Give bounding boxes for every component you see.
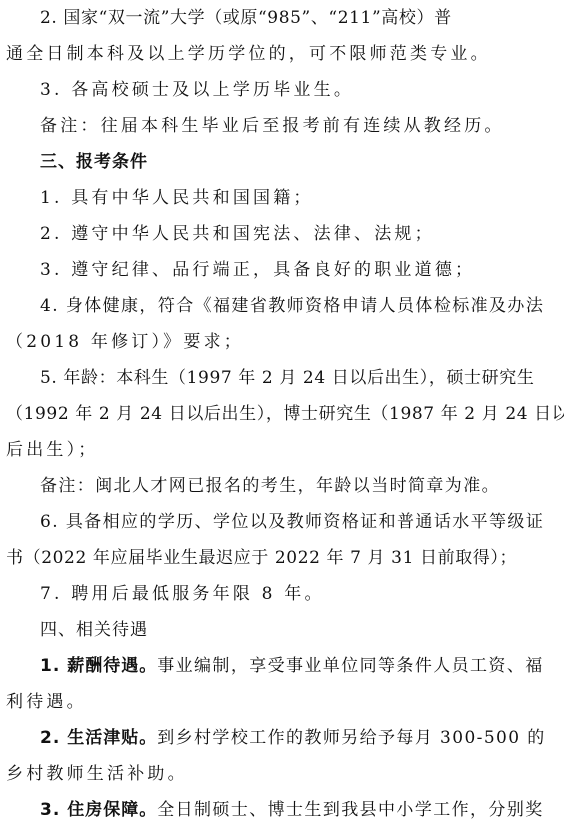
paragraph-line: 4. 身体健康，符合《福建省教师资格申请人员体检标准及办法 [0, 295, 564, 317]
bold-lead-allowance: 2. 生活津贴。 [40, 728, 157, 748]
paragraph-line: 通全日制本科及以上学历学位的，可不限师范类专业。 [0, 43, 564, 65]
paragraph-line: 利待遇。 [0, 691, 564, 713]
paragraph-line: 3. 遵守纪律、品行端正，具备良好的职业道德； [0, 259, 564, 281]
paragraph-line: 5. 年龄：本科生（1997 年 2 月 24 日以后出生），硕士研究生 [0, 367, 564, 389]
bold-lead-housing: 3. 住房保障。 [40, 800, 157, 820]
paragraph-line: 6. 具备相应的学历、学位以及教师资格证和普通话水平等级证 [0, 511, 564, 533]
paragraph-line: 3. 各高校硕士及以上学历毕业生。 [0, 79, 564, 101]
paragraph-line: 1. 具有中华人民共和国国籍； [0, 187, 564, 209]
paragraph-line: （2018 年修订）》要求； [0, 331, 564, 353]
paragraph-line: 备注：往届本科生毕业后至报考前有连续从教经历。 [0, 115, 564, 137]
paragraph-line: 后出生）； [0, 439, 564, 461]
paragraph-line: （1992 年 2 月 24 日以后出生），博士研究生（1987 年 2 月 2… [0, 403, 564, 425]
paragraph-line: 2. 遵守中华人民共和国宪法、法律、法规； [0, 223, 564, 245]
bold-lead-salary: 1. 薪酬待遇。 [40, 656, 157, 676]
section-heading-benefits: 四、相关待遇 [0, 619, 564, 641]
line-text: 到乡村学校工作的教师另给予每月 300-500 的 [157, 728, 545, 748]
section-heading-conditions: 三、报考条件 [0, 151, 564, 173]
line-text: 事业编制，享受事业单位同等条件人员工资、福 [157, 656, 543, 676]
paragraph-line: 3. 住房保障。全日制硕士、博士生到我县中小学工作，分别奖 [0, 799, 564, 821]
line-text: 全日制硕士、博士生到我县中小学工作，分别奖 [157, 800, 543, 820]
paragraph-line: 7. 聘用后最低服务年限 8 年。 [0, 583, 564, 605]
paragraph-line: 书（2022 年应届毕业生最迟应于 2022 年 7 月 31 日前取得）； [0, 547, 564, 569]
paragraph-line: 1. 薪酬待遇。事业编制，享受事业单位同等条件人员工资、福 [0, 655, 564, 677]
paragraph-line: 2. 生活津贴。到乡村学校工作的教师另给予每月 300-500 的 [0, 727, 564, 749]
paragraph-line: 备注：闽北人才网已报名的考生，年龄以当时简章为准。 [0, 475, 564, 497]
paragraph-line: 2. 国家“双一流”大学（或原“985”、“211”高校）普 [0, 7, 564, 29]
paragraph-line: 乡村教师生活补助。 [0, 763, 564, 785]
